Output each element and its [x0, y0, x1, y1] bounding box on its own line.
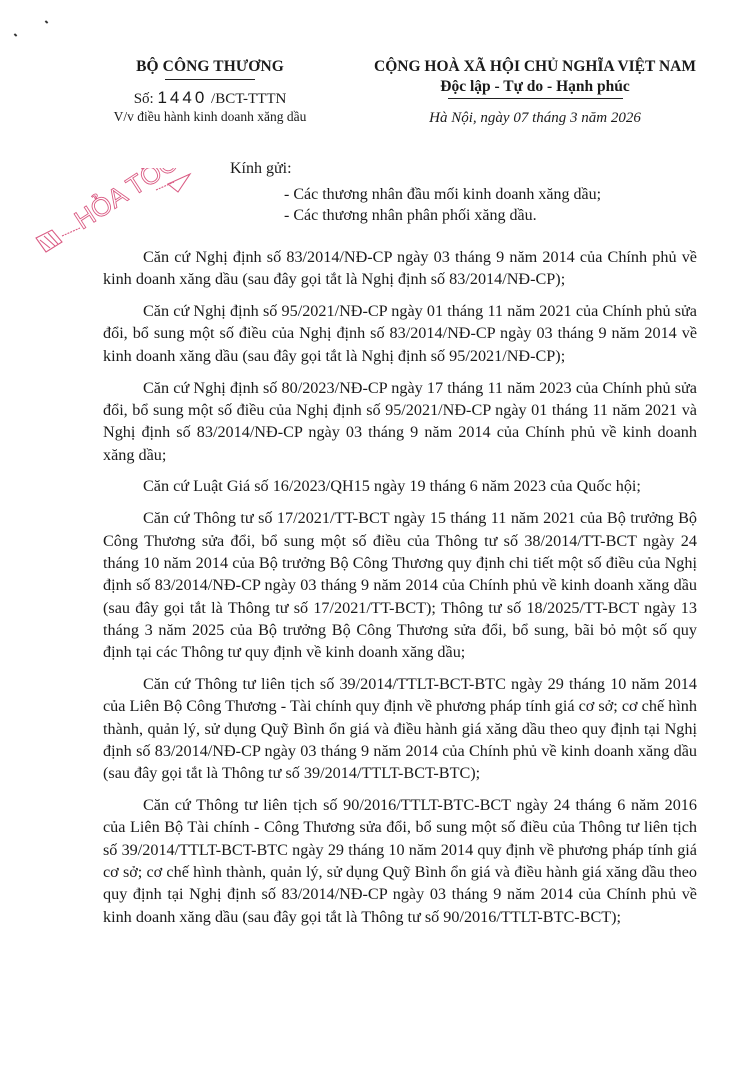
legal-basis-paragraph: Căn cứ Thông tư liên tịch số 39/2014/TTL…	[103, 673, 697, 784]
national-motto: Độc lập - Tự do - Hạnh phúc	[330, 78, 740, 96]
recipient-item: - Các thương nhân đầu mối kinh doanh xăn…	[284, 184, 601, 205]
document-number-value: 1440	[157, 88, 207, 107]
legal-basis-paragraph: Căn cứ Thông tư liên tịch số 90/2016/TTL…	[103, 794, 697, 928]
scan-mark	[45, 20, 49, 23]
stamp-text: HỎA TỐC	[68, 168, 183, 235]
motto-underline	[448, 98, 623, 99]
national-header: CỘNG HOÀ XÃ HỘI CHỦ NGHĨA VIỆT NAM Độc l…	[330, 58, 740, 127]
recipient-list: - Các thương nhân đầu mối kinh doanh xăn…	[284, 184, 601, 226]
agency-block: BỘ CÔNG THƯƠNG Số: 1440 /BCT-TTTN V/v đi…	[100, 58, 320, 125]
document-subject: V/v điều hành kinh doanh xăng dầu	[100, 109, 320, 125]
recipient-item: - Các thương nhân phân phối xăng dầu.	[284, 205, 601, 226]
national-title: CỘNG HOÀ XÃ HỘI CHỦ NGHĨA VIỆT NAM	[330, 58, 740, 76]
document-body: Căn cứ Nghị định số 83/2014/NĐ-CP ngày 0…	[103, 246, 697, 937]
legal-basis-paragraph: Căn cứ Nghị định số 80/2023/NĐ-CP ngày 1…	[103, 377, 697, 466]
salutation: Kính gửi:	[230, 160, 292, 178]
scan-mark	[14, 33, 18, 36]
agency-name: BỘ CÔNG THƯƠNG	[100, 58, 320, 76]
document-date: Hà Nội, ngày 07 tháng 3 năm 2026	[330, 110, 740, 127]
document-number-suffix: /BCT-TTTN	[211, 91, 286, 107]
legal-basis-paragraph: Căn cứ Nghị định số 95/2021/NĐ-CP ngày 0…	[103, 300, 697, 367]
agency-underline	[165, 79, 255, 80]
legal-basis-paragraph: Căn cứ Thông tư số 17/2021/TT-BCT ngày 1…	[103, 507, 697, 663]
document-number-label: Số:	[134, 91, 154, 107]
document-number: Số: 1440 /BCT-TTTN	[100, 88, 320, 108]
legal-basis-paragraph: Căn cứ Luật Giá số 16/2023/QH15 ngày 19 …	[103, 475, 697, 497]
legal-basis-paragraph: Căn cứ Nghị định số 83/2014/NĐ-CP ngày 0…	[103, 246, 697, 291]
